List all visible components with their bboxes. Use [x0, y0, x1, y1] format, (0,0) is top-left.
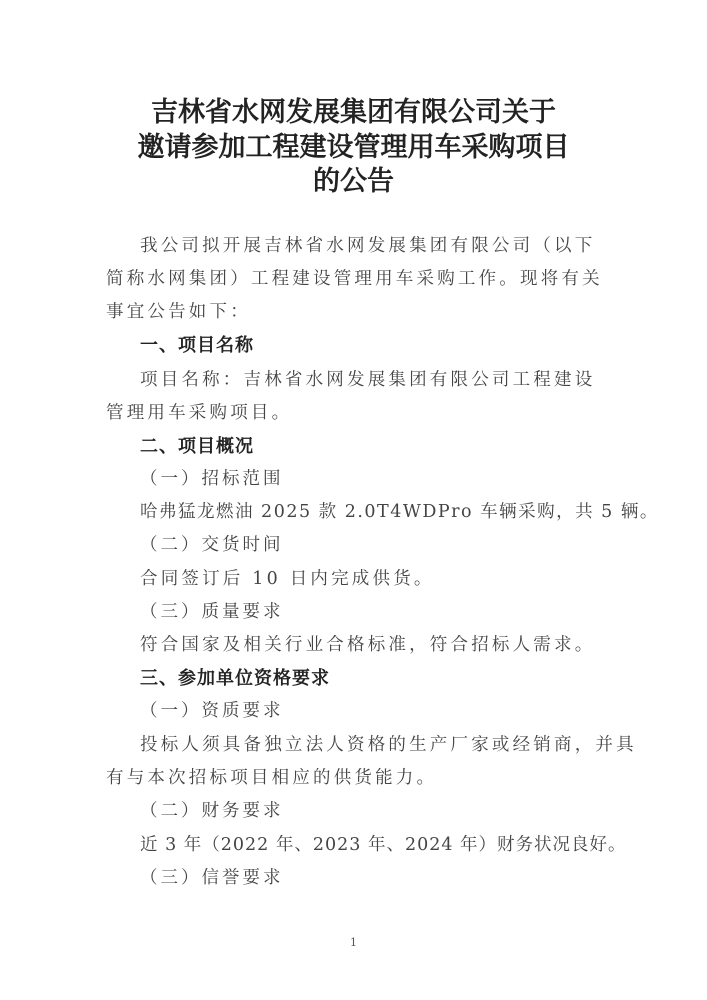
- intro-line-3: 事宜公告如下：: [106, 298, 251, 323]
- section-3-heading: 三、参加单位资格要求: [140, 664, 330, 690]
- intro-line-2: 简称水网集团）工程建设管理用车采购工作。现将有关: [106, 265, 603, 290]
- page-number: 1: [0, 936, 707, 949]
- section-2-item-2-body: 合同签订后 10 日内完成供货。: [140, 565, 435, 590]
- document-title-line-1: 吉林省水网发展集团有限公司关于: [0, 90, 707, 129]
- section-1-body-line-1: 项目名称：吉林省水网发展集团有限公司工程建设: [140, 366, 595, 391]
- section-2-item-1-label: （一）招标范围: [140, 465, 284, 490]
- section-3-item-1-body-line-1: 投标人须具备独立法人资格的生产厂家或经销商，并具: [140, 731, 637, 756]
- section-1-heading: 一、项目名称: [140, 331, 254, 357]
- section-3-item-1-body-line-2: 有与本次招标项目相应的供货能力。: [106, 764, 437, 789]
- section-2-item-3-body: 符合国家及相关行业合格标准，符合招标人需求。: [140, 631, 595, 656]
- document-title-line-3: 的公告: [0, 159, 707, 198]
- section-2-heading: 二、项目概况: [140, 432, 254, 458]
- section-2-item-3-label: （三）质量要求: [140, 598, 284, 623]
- section-2-item-2-label: （二）交货时间: [140, 531, 284, 556]
- section-3-item-2-label: （二）财务要求: [140, 797, 284, 822]
- section-2-item-1-body: 哈弗猛龙燃油 2025 款 2.0T4WDPro 车辆采购，共 5 辆。: [140, 498, 659, 523]
- section-1-body-line-2: 管理用车采购项目。: [106, 399, 292, 424]
- section-3-item-1-label: （一）资质要求: [140, 697, 284, 722]
- section-3-item-2-body: 近 3 年（2022 年、2023 年、2024 年）财务状况良好。: [140, 831, 627, 856]
- section-3-item-3-label: （三）信誉要求: [140, 864, 284, 889]
- intro-line-1: 我公司拟开展吉林省水网发展集团有限公司（以下: [140, 232, 595, 257]
